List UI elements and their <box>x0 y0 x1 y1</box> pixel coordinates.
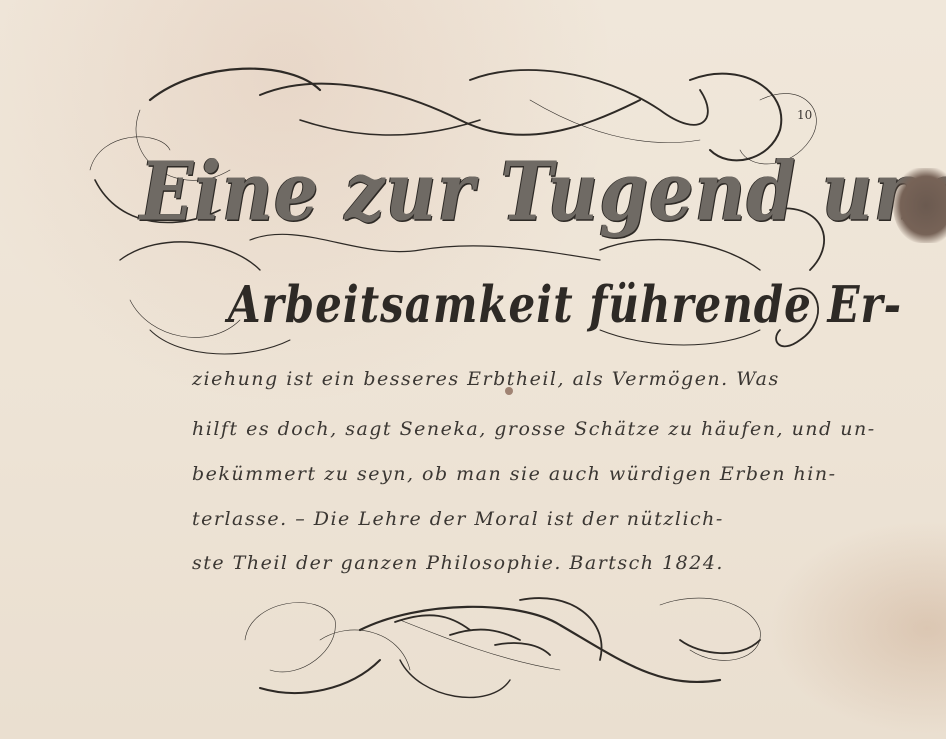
title-line-1: Eine zur Tugend und <box>140 144 946 239</box>
body-line-3: bekümmert zu seyn, ob man sie auch würdi… <box>192 463 837 485</box>
page-number: 10 <box>797 108 812 122</box>
title-line-2: Arbeitsamkeit führende Er- <box>228 275 902 334</box>
body-line-4: terlasse. – Die Lehre der Moral ist der … <box>192 508 724 530</box>
ink-stain <box>893 168 946 243</box>
manuscript-page: Eine zur Tugend und Arbeitsamkeit führen… <box>0 0 946 739</box>
body-line-1: ziehung ist ein besseres Erbtheil, als V… <box>192 368 780 390</box>
body-line-2: hilft es doch, sagt Seneka, grosse Schät… <box>192 418 876 440</box>
foxing-spot <box>505 387 513 395</box>
body-line-5: ste Theil der ganzen Philosophie. Bartsc… <box>192 552 724 574</box>
